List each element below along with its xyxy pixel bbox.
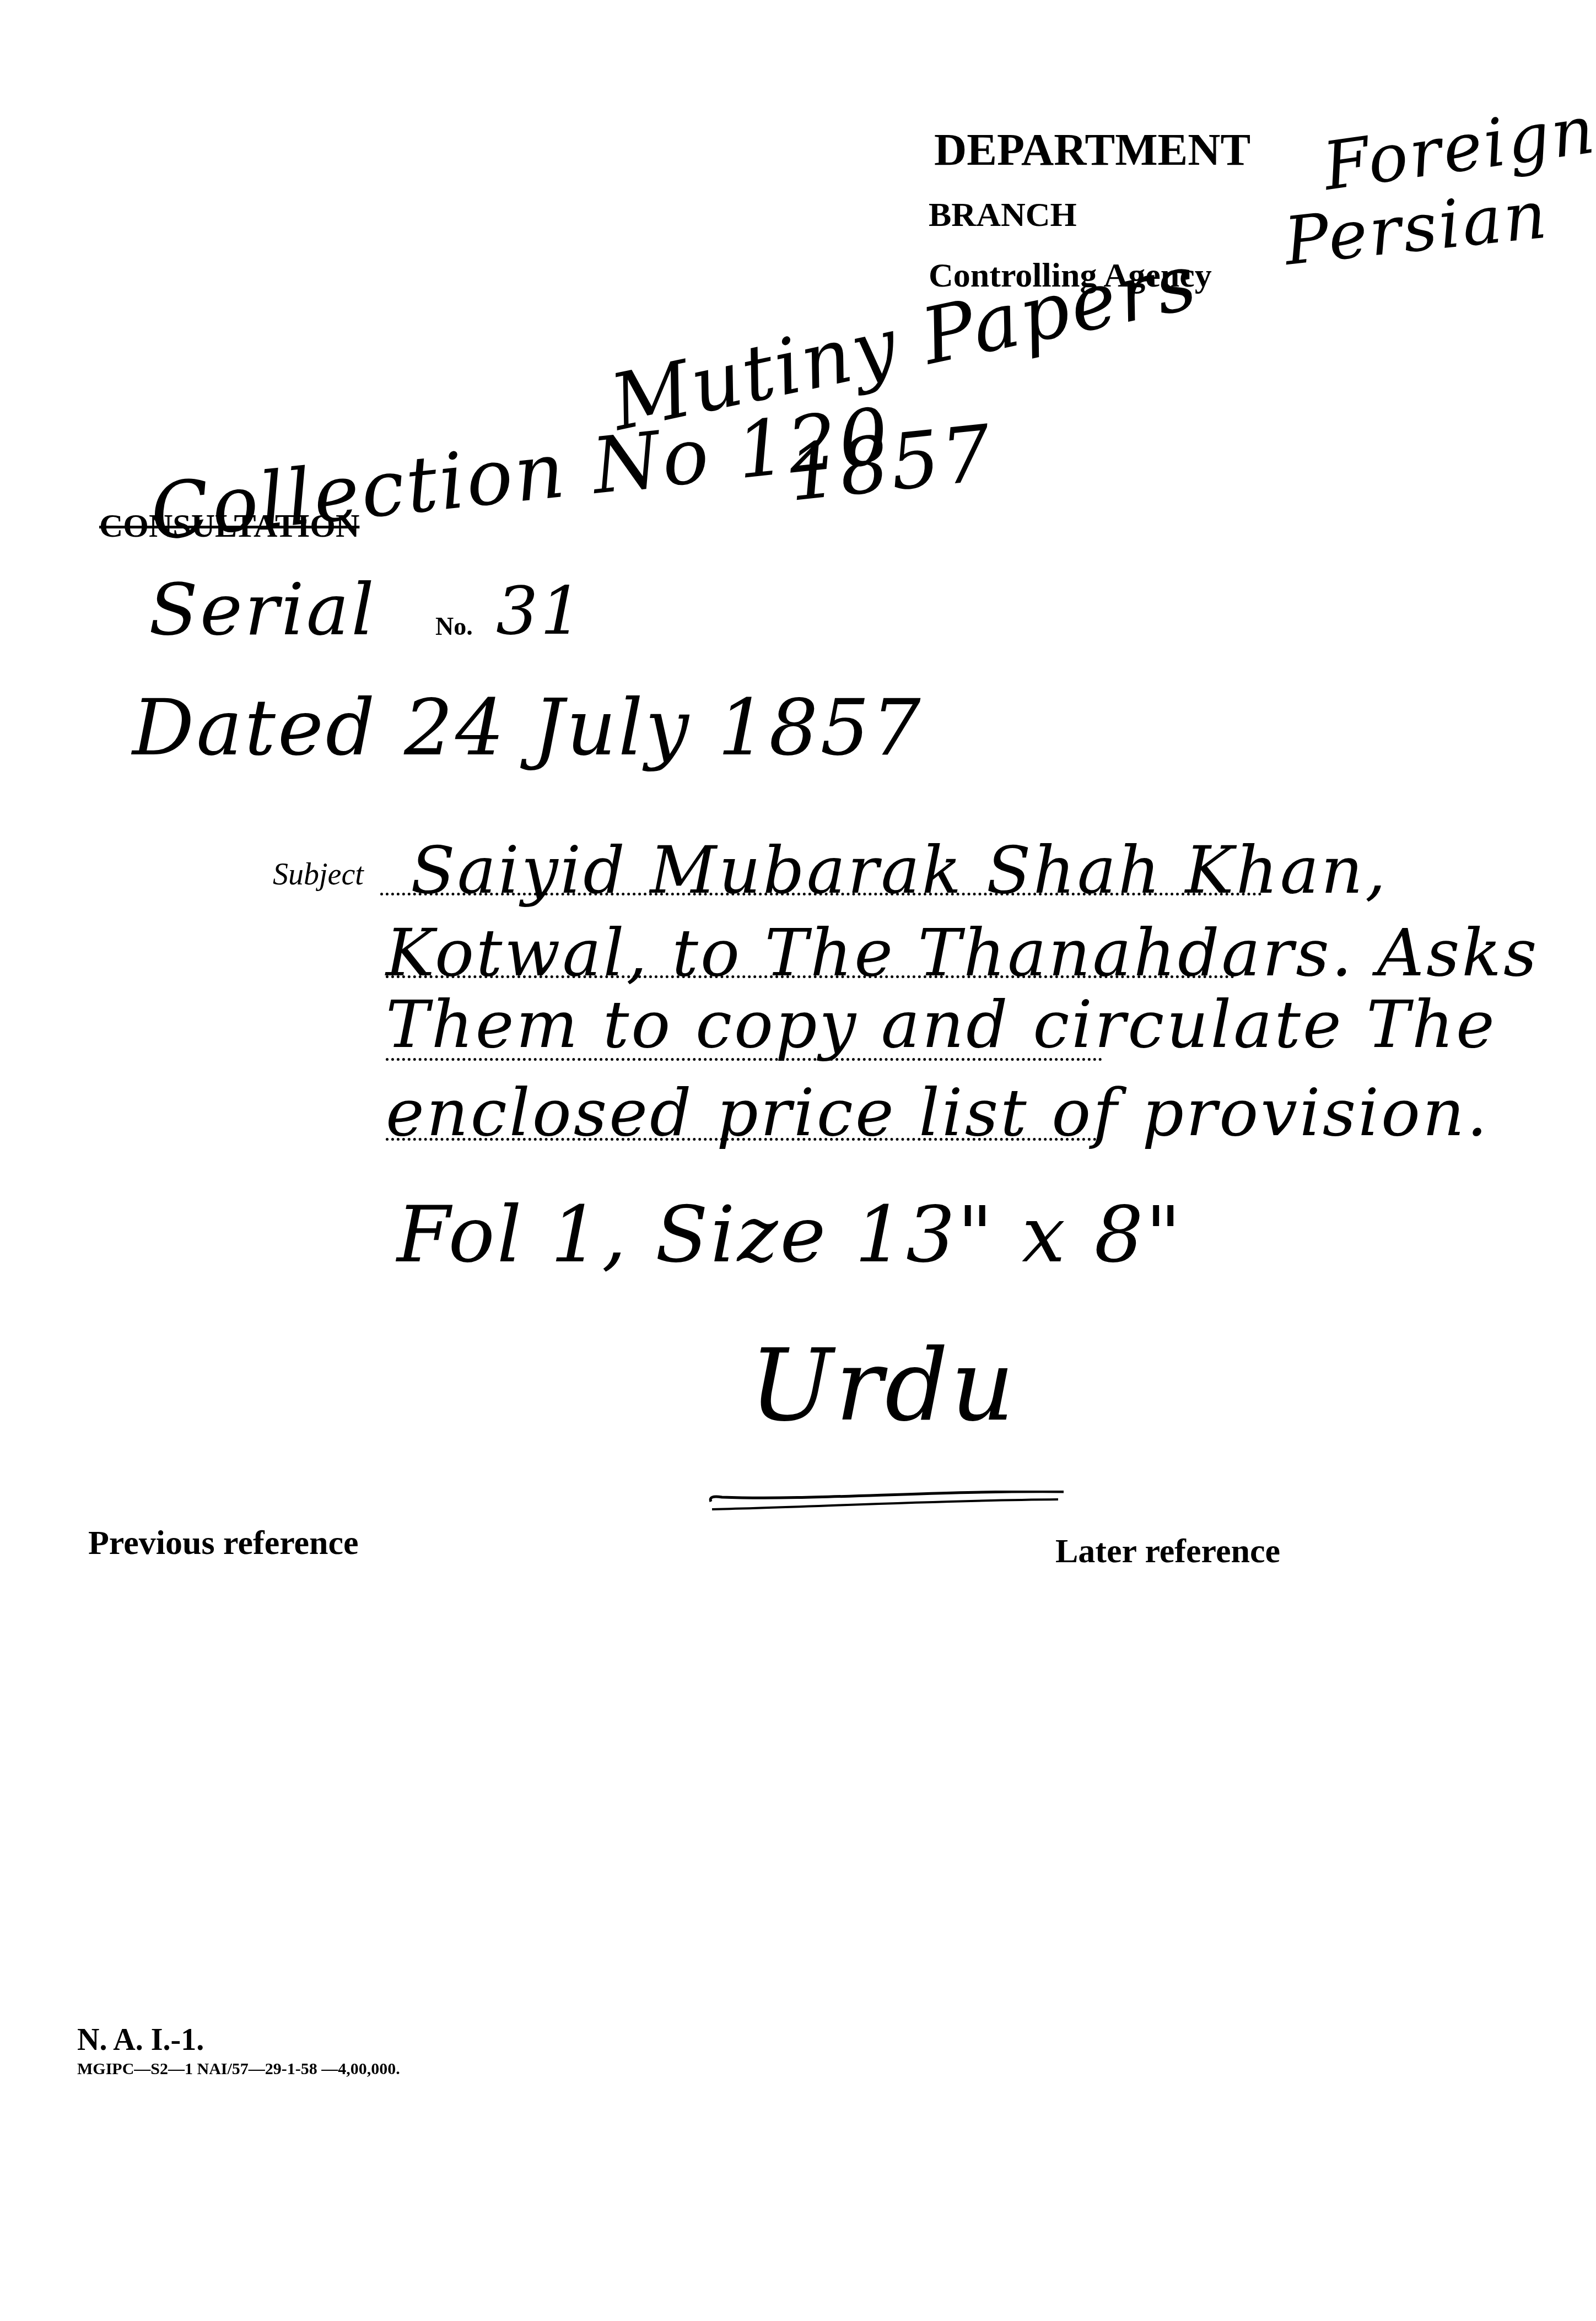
serial-number: 31 — [496, 573, 585, 650]
consultation-struck-text: CONSULTATION — [99, 508, 359, 544]
subject-label: Subject — [273, 857, 364, 892]
serial-prefix: Serial — [149, 568, 376, 651]
language-underline-flourish — [705, 1491, 1075, 1513]
subject-line-2: Kotwal, to The Thanahdars. Asks — [386, 915, 1539, 991]
department-label: DEPARTMENT — [934, 124, 1250, 176]
subject-line-1: Saiyid Mubarak Shah Khan, — [411, 832, 1388, 908]
printer-imprint: MGIPC—S2—1 NAI/57—29-1-58 —4,00,000. — [77, 2060, 400, 2079]
folio-size-entry: Fol 1, Size 13" x 8" — [397, 1190, 1183, 1280]
language-entry: Urdu — [750, 1328, 1017, 1443]
later-reference-label: Later reference — [1055, 1532, 1280, 1571]
branch-value: Persian — [1281, 176, 1552, 280]
dated-entry: Dated 24 July 1857 — [132, 683, 923, 773]
subject-line-4: enclosed price list of provision. — [386, 1075, 1490, 1151]
branch-label: BRANCH — [929, 196, 1077, 235]
number-label: No. — [435, 612, 473, 641]
subject-line-3: Them to copy and circulate The — [386, 986, 1497, 1062]
consultation-label: CONSULTATION — [99, 507, 359, 545]
previous-reference-label: Previous reference — [88, 1524, 359, 1563]
form-code: N. A. I.-1. — [77, 2022, 204, 2058]
